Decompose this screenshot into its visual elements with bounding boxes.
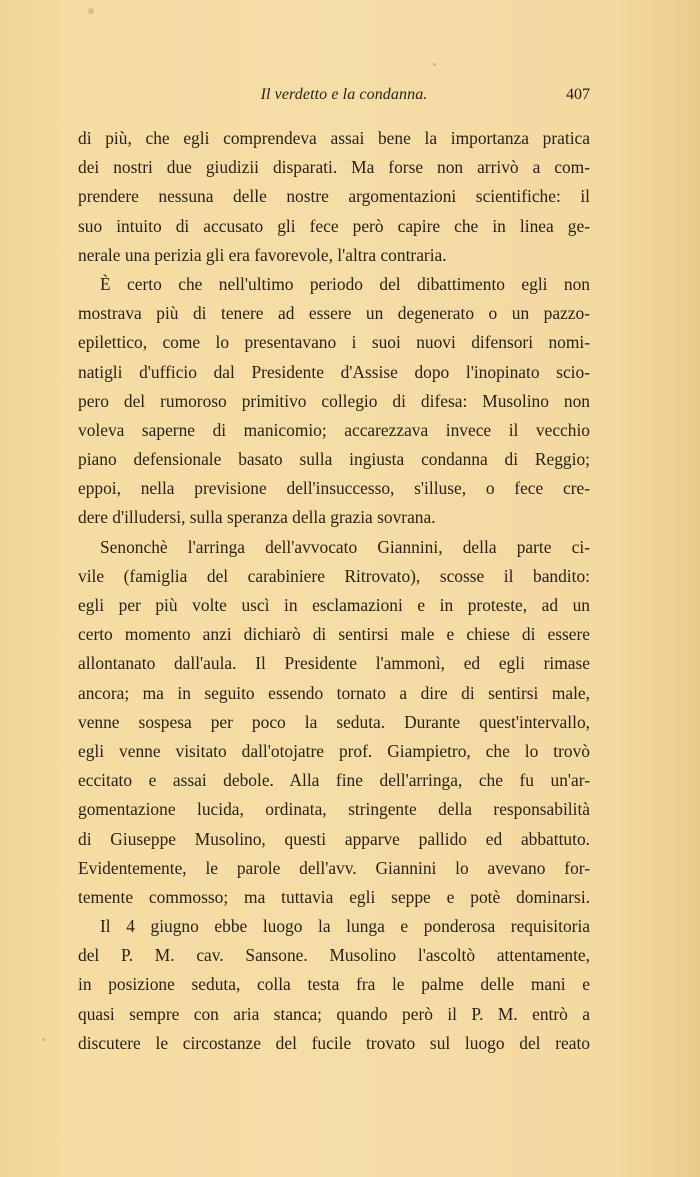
text-line: allontanato dall'aula. Il Presidente l'a… <box>78 649 590 678</box>
text-line: certo momento anzi dichiarò di sentirsi … <box>78 620 590 649</box>
text-line: natigli d'ufficio dal Presidente d'Assis… <box>78 358 590 387</box>
paper-speck <box>433 63 436 66</box>
paragraph-2: È certo che nell'ultimo periodo del diba… <box>78 270 590 533</box>
text-line: temente commosso; ma tuttavia egli seppe… <box>78 883 590 912</box>
text-line: quasi sempre con aria stanca; quando per… <box>78 1000 590 1029</box>
text-line: egli per più volte uscì in esclamazioni … <box>78 591 590 620</box>
text-line: epilettico, come lo presentavano i suoi … <box>78 328 590 357</box>
paragraph-3: Senonchè l'arringa dell'avvocato Giannin… <box>78 533 590 912</box>
text-line: ancora; ma in seguito essendo tornato a … <box>78 679 590 708</box>
text-line: pero del rumoroso primitivo collegio di … <box>78 387 590 416</box>
running-title: Il verdetto e la condanna. <box>78 86 590 104</box>
paper-speck <box>88 8 94 14</box>
text-line: in posizione seduta, colla testa fra le … <box>78 970 590 999</box>
text-line: discutere le circostanze del fucile trov… <box>78 1029 590 1058</box>
text-line: venne sospesa per poco la seduta. Durant… <box>78 708 590 737</box>
text-line: voleva saperne di manicomio; accarezzava… <box>78 416 590 445</box>
text-line: suo intuito di accusato gli fece però ca… <box>78 212 590 241</box>
text-line: Senonchè l'arringa dell'avvocato Giannin… <box>78 533 590 562</box>
text-line: mostrava più di tenere ad essere un dege… <box>78 299 590 328</box>
text-line: vile (famiglia del carabiniere Ritrovato… <box>78 562 590 591</box>
text-line: gomentazione lucida, ordinata, stringent… <box>78 795 590 824</box>
text-line: del P. M. cav. Sansone. Musolino l'ascol… <box>78 941 590 970</box>
text-line: di Giuseppe Musolino, questi apparve pal… <box>78 825 590 854</box>
text-line: prendere nessuna delle nostre argomentaz… <box>78 182 590 211</box>
paragraph-4: Il 4 giugno ebbe luogo la lunga e ponder… <box>78 912 590 1058</box>
text-line: piano defensionale basato sulla ingiusta… <box>78 445 590 474</box>
text-line: egli venne visitato dall'otojatre prof. … <box>78 737 590 766</box>
text-line: eppoi, nella previsione dell'insuccesso,… <box>78 474 590 503</box>
text-line: È certo che nell'ultimo periodo del diba… <box>78 270 590 299</box>
paragraph-1: di più, che egli comprendeva assai bene … <box>78 124 590 270</box>
body-text: di più, che egli comprendeva assai bene … <box>78 124 590 1058</box>
text-line: Evidentemente, le parole dell'avv. Giann… <box>78 854 590 883</box>
running-head: Il verdetto e la condanna. 407 <box>78 86 590 108</box>
text-line: eccitato e assai debole. Alla fine dell'… <box>78 766 590 795</box>
text-line: dere d'illudersi, sulla speranza della g… <box>78 503 590 532</box>
text-line: di più, che egli comprendeva assai bene … <box>78 124 590 153</box>
paper-speck <box>42 1038 45 1041</box>
page-number: 407 <box>566 86 590 104</box>
text-line: dei nostri due giudizii disparati. Ma fo… <box>78 153 590 182</box>
text-line: Il 4 giugno ebbe luogo la lunga e ponder… <box>78 912 590 941</box>
text-line: nerale una perizia gli era favorevole, l… <box>78 241 590 270</box>
